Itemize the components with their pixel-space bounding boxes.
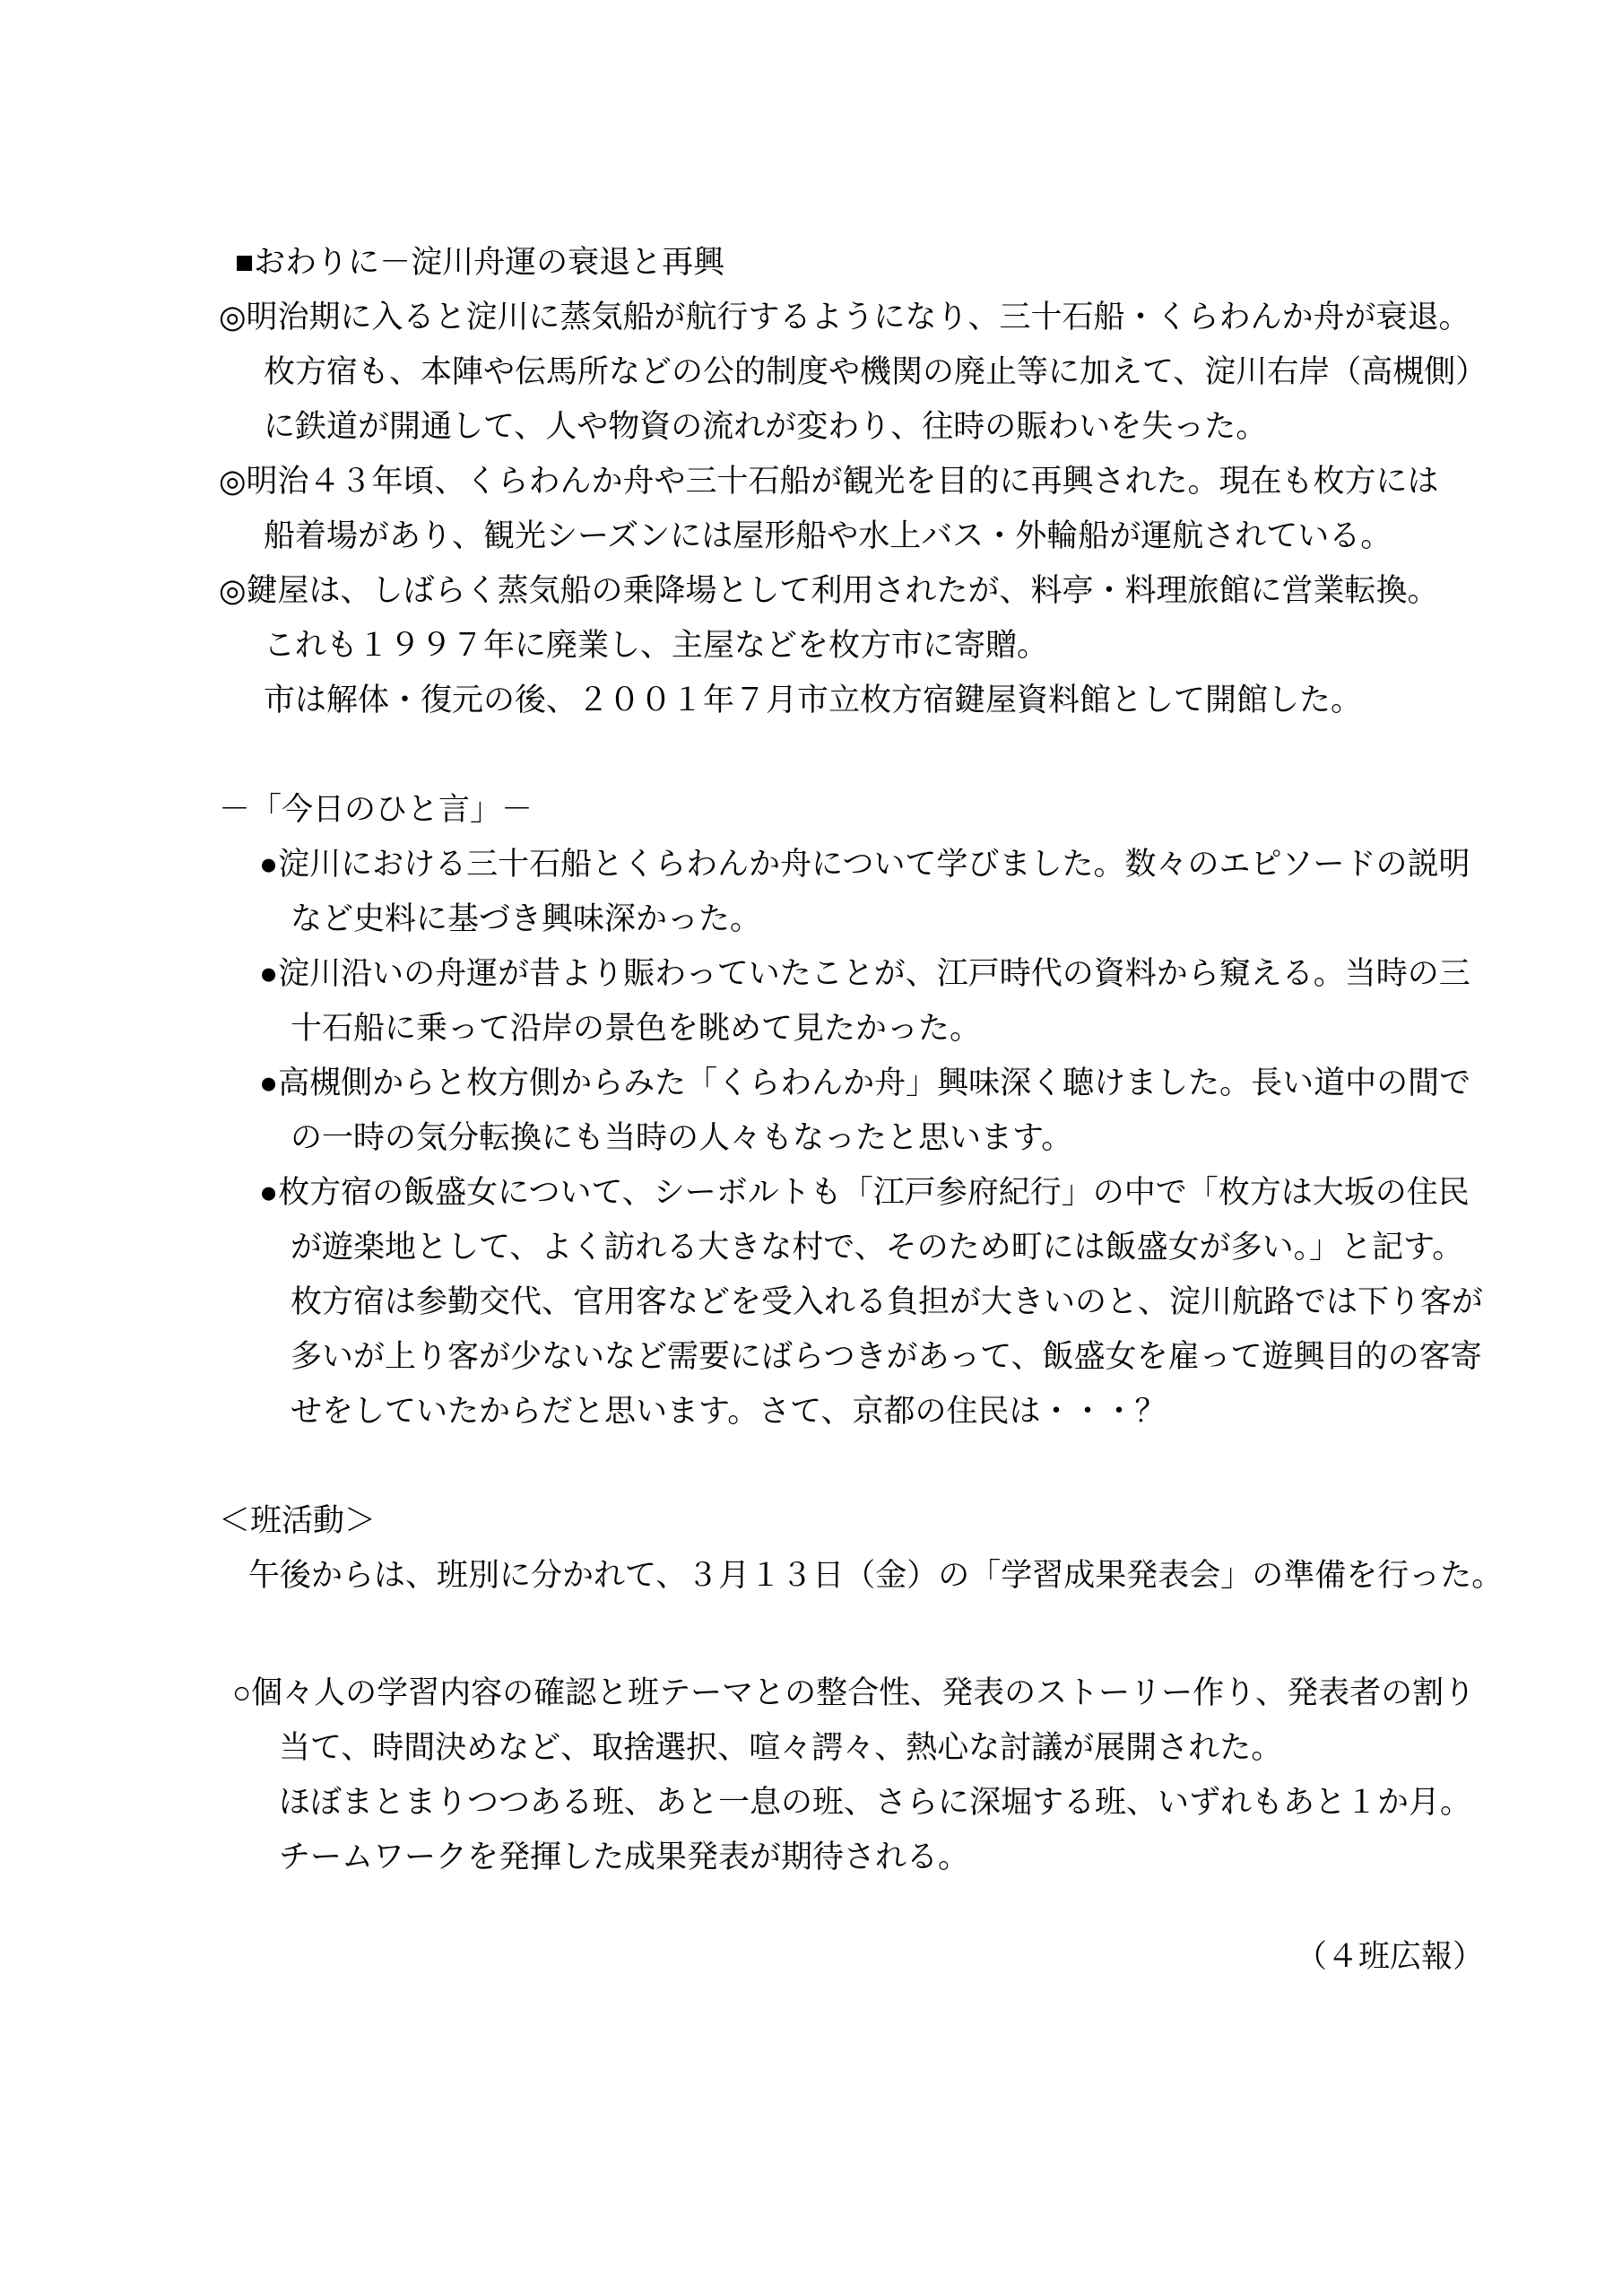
- conclusion-item: ◎明治４３年頃、くらわんか舟や三十石船が観光を目的に再興された。現在も枚方には船…: [219, 454, 1488, 563]
- text-line: これも１９９７年に廃業し、主屋などを枚方市に寄贈。: [219, 618, 1488, 673]
- conclusion-item: ◎鍵屋は、しばらく蒸気船の乗降場として利用されたが、料亭・料理旅館に営業転換。こ…: [219, 563, 1488, 727]
- conclusion-item: ◎明治期に入ると淀川に蒸気船が航行するようになり、三十石船・くらわんか舟が衰退。…: [219, 290, 1488, 454]
- text-line: ●淀川沿いの舟運が昔より賑わっていたことが、江戸時代の資料から窺える。当時の三: [259, 946, 1488, 1001]
- text-line: に鉄道が開通して、人や物資の流れが変わり、往時の賑わいを失った。: [219, 399, 1488, 454]
- text-line: 多いが上り客が少ないなど需要にばらつきがあって、飯盛女を雇って遊興目的の客寄: [259, 1329, 1488, 1384]
- text-line: 枚方宿も、本陣や伝馬所などの公的制度や機関の廃止等に加えて、淀川右岸（高槻側）: [219, 344, 1488, 399]
- text-line: ◎鍵屋は、しばらく蒸気船の乗降場として利用されたが、料亭・料理旅館に営業転換。: [219, 563, 1488, 618]
- group-activity-detail: ○個々人の学習内容の確認と班テーマとの整合性、発表のストーリー作り、発表者の割り…: [232, 1665, 1488, 1884]
- comment-item: ●淀川における三十石船とくらわんか舟について学びました。数々のエピソードの説明な…: [259, 837, 1488, 946]
- comment-item: ●高槻側からと枚方側からみた「くらわんか舟」興味深く聴けました。長い道中の間での…: [259, 1056, 1488, 1165]
- text-line: 市は解体・復元の後、２００１年７月市立枚方宿鍵屋資料館として開館した。: [219, 673, 1488, 727]
- text-line: ○個々人の学習内容の確認と班テーマとの整合性、発表のストーリー作り、発表者の割り: [232, 1665, 1488, 1720]
- group-activity-heading: ＜班活動＞: [219, 1493, 1488, 1548]
- text-line: が遊楽地として、よく訪れる大きな村で、そのため町には飯盛女が多い。」と記す。: [259, 1220, 1488, 1274]
- text-line: 船着場があり、観光シーズンには屋形船や水上バス・外輪船が運航されている。: [219, 509, 1488, 563]
- section-conclusion: ■おわりに－淀川舟運の衰退と再興 ◎明治期に入ると淀川に蒸気船が航行するようにな…: [219, 235, 1488, 727]
- group-activity-intro: 午後からは、班別に分かれて、３月１３日（金）の「学習成果発表会」の準備を行った。: [248, 1548, 1488, 1603]
- section-daily-comments: －「今日のひと言」－ ●淀川における三十石船とくらわんか舟について学びました。数…: [219, 782, 1488, 1439]
- comment-item: ●枚方宿の飯盛女について、シーボルトも「江戸参府紀行」の中で「枚方は大坂の住民が…: [259, 1165, 1488, 1439]
- text-line: など史料に基づき興味深かった。: [259, 891, 1488, 946]
- comment-item: ●淀川沿いの舟運が昔より賑わっていたことが、江戸時代の資料から窺える。当時の三十…: [259, 946, 1488, 1056]
- text-line: ほぼまとまりつつある班、あと一息の班、さらに深堀する班、いずれもあと１か月。: [232, 1775, 1488, 1830]
- text-line: ◎明治期に入ると淀川に蒸気船が航行するようになり、三十石船・くらわんか舟が衰退。: [219, 290, 1488, 344]
- conclusion-heading: ■おわりに－淀川舟運の衰退と再興: [235, 235, 1488, 290]
- text-line: ◎明治４３年頃、くらわんか舟や三十石船が観光を目的に再興された。現在も枚方には: [219, 454, 1488, 509]
- text-line: ●枚方宿の飯盛女について、シーボルトも「江戸参府紀行」の中で「枚方は大坂の住民: [259, 1165, 1488, 1220]
- document-page: ■おわりに－淀川舟運の衰退と再興 ◎明治期に入ると淀川に蒸気船が航行するようにな…: [0, 0, 1622, 2296]
- text-line: ●淀川における三十石船とくらわんか舟について学びました。数々のエピソードの説明: [259, 837, 1488, 891]
- text-line: 十石船に乗って沿岸の景色を眺めて見たかった。: [259, 1001, 1488, 1056]
- daily-comments-heading: －「今日のひと言」－: [219, 782, 1488, 837]
- text-line: チームワークを発揮した成果発表が期待される。: [232, 1830, 1488, 1884]
- text-line: 枚方宿は参勤交代、官用客などを受入れる負担が大きいのと、淀川航路では下り客が: [259, 1274, 1488, 1329]
- text-line: せをしていたからだと思います。さて、京都の住民は・・・？: [259, 1384, 1488, 1439]
- credit-line: （４班広報）: [219, 1929, 1488, 1984]
- section-group-activity: ＜班活動＞ 午後からは、班別に分かれて、３月１３日（金）の「学習成果発表会」の準…: [219, 1493, 1488, 1884]
- text-line: の一時の気分転換にも当時の人々もなったと思います。: [259, 1110, 1488, 1165]
- text-line: ●高槻側からと枚方側からみた「くらわんか舟」興味深く聴けました。長い道中の間で: [259, 1056, 1488, 1110]
- text-line: 当て、時間決めなど、取捨選択、喧々諤々、熱心な討議が展開された。: [232, 1720, 1488, 1775]
